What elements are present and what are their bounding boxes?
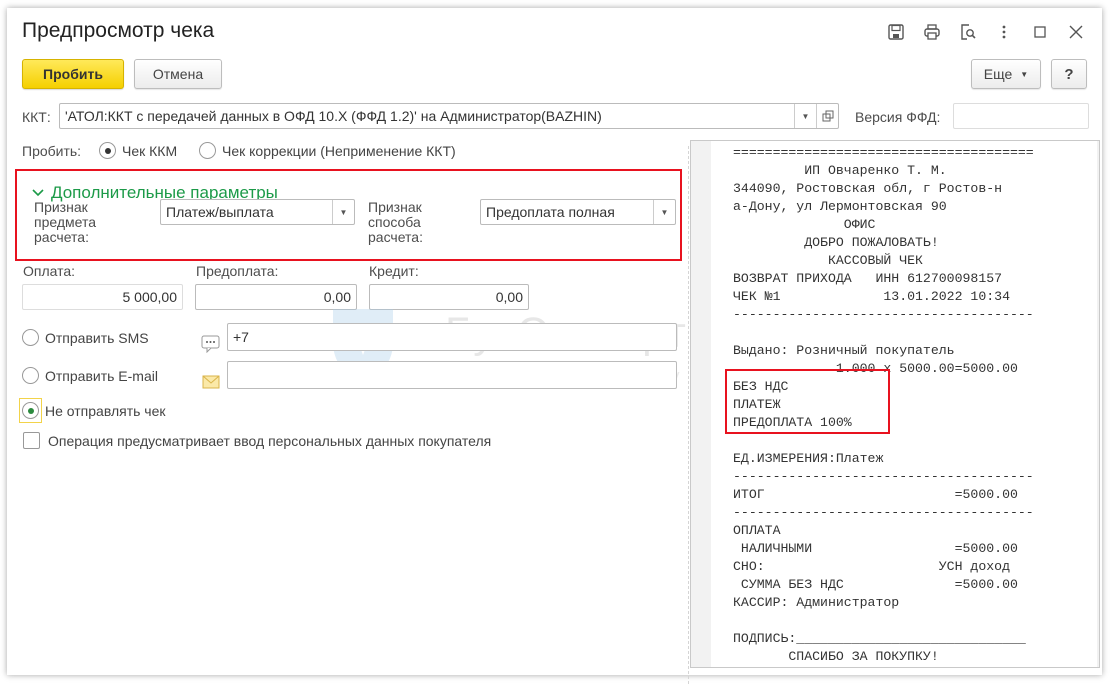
maximize-icon[interactable] [1022,20,1058,44]
receipt-line: НАЛИЧНЫМИ =5000.00 [733,540,1034,558]
radio-send-email[interactable]: Отправить E-mail [22,367,158,384]
chevron-down-icon: ▼ [1020,70,1028,79]
radio-circle [22,329,39,346]
prepayment-label: Предоплата: [196,263,278,279]
receipt-line: ПОДПИСЬ:_____________________________ [733,630,1034,648]
receipt-preview-window: Предпросмотр чека Пробить Отмена Еще ▼ ?… [7,8,1102,675]
receipt-line: ВОЗВРАТ ПРИХОДА ИНН 612700098157 [733,270,1034,288]
receipt-line: КАССОВЫЙ ЧЕК [733,252,1034,270]
radio-circle [99,142,116,159]
subject-label: Признак предмета расчета: [34,200,96,245]
receipt-line: ДОБРО ПОЖАЛОВАТЬ! [733,234,1034,252]
sms-icon[interactable] [201,335,221,353]
receipt-line: ИП Овчаренко Т. М. [733,162,1034,180]
prepayment-field[interactable]: 0,00 [195,284,357,310]
kkt-select[interactable]: 'АТОЛ:ККТ с передачей данных в ОФД 10.X … [59,103,839,129]
dropdown-arrow-icon[interactable]: ▼ [653,200,675,224]
receipt-line: ЧЕК №1 13.01.2022 10:34 [733,288,1034,306]
highlight-receipt-lines [725,369,890,434]
print-icon[interactable] [914,20,950,44]
receipt-line [733,324,1034,342]
receipt-line: ОПЛАТА [733,522,1034,540]
credit-field[interactable]: 0,00 [369,284,529,310]
method-value: Предоплата полная [481,204,653,220]
radio-no-send[interactable]: Не отправлять чек [22,402,166,419]
receipt-line [733,432,1034,450]
panel-splitter[interactable] [688,146,689,684]
radio-circle [22,367,39,384]
receipt-line: ====================================== [733,144,1034,162]
radio-correction-receipt[interactable]: Чек коррекции (Неприменение ККТ) [199,142,456,159]
receipt-line: ====================================== [733,666,1034,668]
dropdown-arrow-icon[interactable]: ▼ [332,200,354,224]
radio-circle [199,142,216,159]
receipt-line: СНО: УСН доход [733,558,1034,576]
receipt-line: ЕД.ИЗМЕРЕНИЯ:Платеж [733,450,1034,468]
payment-label: Оплата: [23,263,75,279]
help-button[interactable]: ? [1051,59,1087,89]
receipt-line: -------------------------------------- [733,306,1034,324]
kkt-value: 'АТОЛ:ККТ с передачей данных в ОФД 10.X … [60,108,794,124]
chevron-down-icon [31,188,45,198]
dropdown-arrow-icon[interactable]: ▼ [794,104,816,128]
credit-label: Кредит: [369,263,419,279]
receipt-line: КАССИР: Администратор [733,594,1034,612]
window-title: Предпросмотр чека [22,19,214,43]
receipt-line: -------------------------------------- [733,468,1034,486]
radio-circle [22,402,39,419]
receipt-line: СУММА БЕЗ НДС =5000.00 [733,576,1034,594]
receipt-line: Выдано: Розничный покупатель [733,342,1034,360]
window-controls [878,20,1094,44]
more-actions-button[interactable]: Еще ▼ [971,59,1041,89]
email-input[interactable] [227,361,677,389]
ffd-version-label: Версия ФФД: [855,109,940,125]
receipt-line: 344090, Ростовская обл, г Ростов-н [733,180,1034,198]
receipt-line: -------------------------------------- [733,504,1034,522]
method-label: Признак способа расчета: [368,200,423,245]
print-mode-label: Пробить: [22,143,81,159]
open-item-icon[interactable] [816,104,838,128]
receipt-line: ОФИС [733,216,1034,234]
receipt-line: СПАСИБО ЗА ПОКУПКУ! [733,648,1034,666]
method-select[interactable]: Предоплата полная ▼ [480,199,676,225]
subject-select[interactable]: Платеж/выплата ▼ [160,199,355,225]
ffd-version-field[interactable] [953,103,1089,129]
more-actions-label: Еще [984,66,1013,82]
preview-icon[interactable] [950,20,986,44]
subject-value: Платеж/выплата [161,204,332,220]
cancel-button[interactable]: Отмена [134,59,222,89]
email-icon[interactable] [202,375,220,389]
close-icon[interactable] [1058,20,1094,44]
radio-kkm-receipt[interactable]: Чек ККМ [99,142,177,159]
kkt-label: ККТ: [22,109,51,125]
receipt-line: ИТОГ =5000.00 [733,486,1034,504]
personal-data-checkbox[interactable]: Операция предусматривает ввод персональн… [23,432,491,449]
sms-phone-input[interactable]: +7 [227,323,677,351]
receipt-line: а-Дону, ул Лермонтовская 90 [733,198,1034,216]
checkbox-box [23,432,40,449]
submit-receipt-button[interactable]: Пробить [22,59,124,89]
radio-send-sms[interactable]: Отправить SMS [22,329,149,346]
payment-field[interactable]: 5 000,00 [22,284,183,310]
save-icon[interactable] [878,20,914,44]
receipt-line [733,612,1034,630]
more-menu-icon[interactable] [986,20,1022,44]
